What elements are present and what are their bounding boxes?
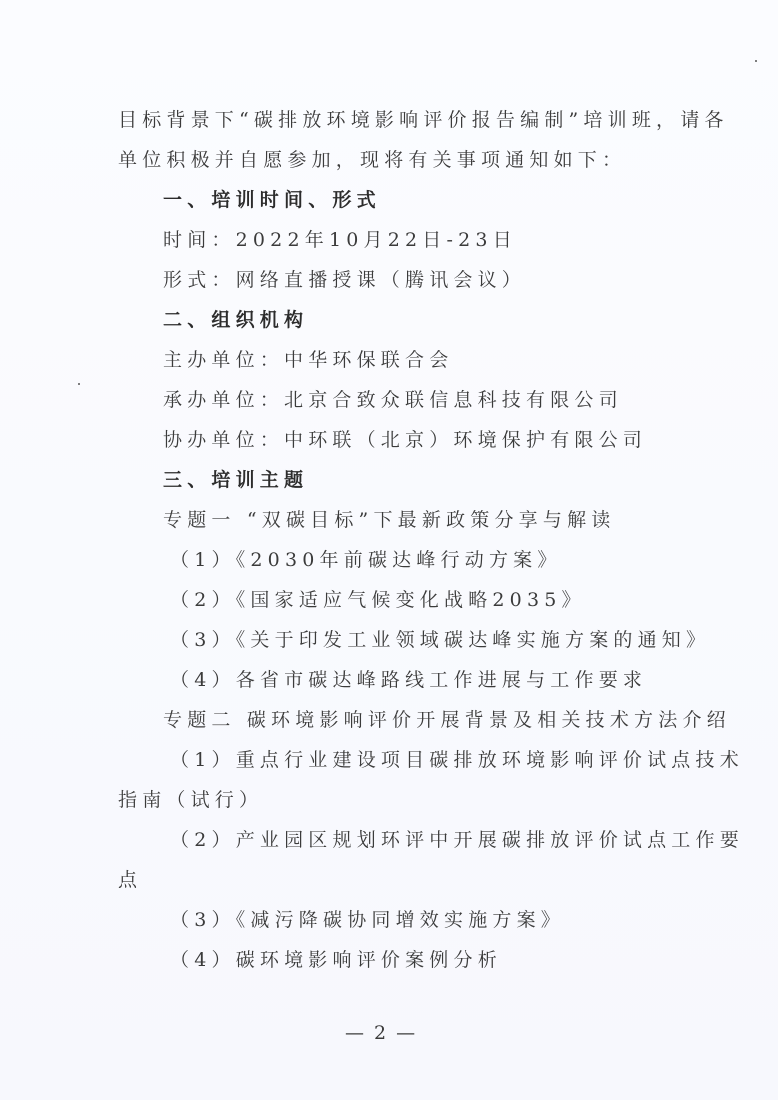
topic-1-item: （4）各省市碳达峰路线工作进展与工作要求 xyxy=(170,668,647,692)
topic-2-item: （2）产业园区规划环评中开展碳排放评价试点工作要 xyxy=(170,828,744,852)
topic-2-item: （4）碳环境影响评价案例分析 xyxy=(170,948,502,972)
scan-speck xyxy=(755,60,757,62)
topic-1-item: （1）《2030年前碳达峰行动方案》 xyxy=(170,548,562,572)
organizer-organization: 承办单位：北京合致众联信息科技有限公司 xyxy=(163,388,623,412)
intro-line-1: 目标背景下“碳排放环境影响评价报告编制”培训班，请各 xyxy=(118,108,729,132)
topic-2-title: 专题二 碳环境影响评价开展背景及相关技术方法介绍 xyxy=(163,708,731,732)
topic-2-item-continuation: 点 xyxy=(118,868,142,892)
co-organizer-organization: 协办单位：中环联（北京）环境保护有限公司 xyxy=(163,428,647,452)
section-1-heading: 一、培训时间、形式 xyxy=(163,188,381,212)
section-2-heading: 二、组织机构 xyxy=(163,308,308,332)
intro-line-2: 单位积极并自愿参加，现将有关事项通知如下： xyxy=(118,148,626,172)
topic-2-item-continuation: 指南（试行） xyxy=(118,788,263,812)
topic-1-item: （2）《国家适应气候变化战略2035》 xyxy=(170,588,586,612)
training-format: 形式：网络直播授课（腾讯会议） xyxy=(163,268,526,292)
section-3-heading: 三、培训主题 xyxy=(163,468,308,492)
topic-2-item: （3）《减污降碳协同增效实施方案》 xyxy=(170,908,565,932)
page-number: — 2 — xyxy=(345,1022,417,1044)
training-time: 时间：2022年10月22日-23日 xyxy=(163,228,517,252)
document-page: 目标背景下“碳排放环境影响评价报告编制”培训班，请各 单位积极并自愿参加，现将有… xyxy=(0,0,778,1100)
host-organization: 主办单位：中华环保联合会 xyxy=(163,348,453,372)
topic-1-title: 专题一 “双碳目标”下最新政策分享与解读 xyxy=(163,508,615,532)
scan-speck xyxy=(78,383,80,385)
topic-1-item: （3）《关于印发工业领域碳达峰实施方案的通知》 xyxy=(170,628,710,652)
topic-2-item: （1）重点行业建设项目碳排放环境影响评价试点技术 xyxy=(170,748,744,772)
